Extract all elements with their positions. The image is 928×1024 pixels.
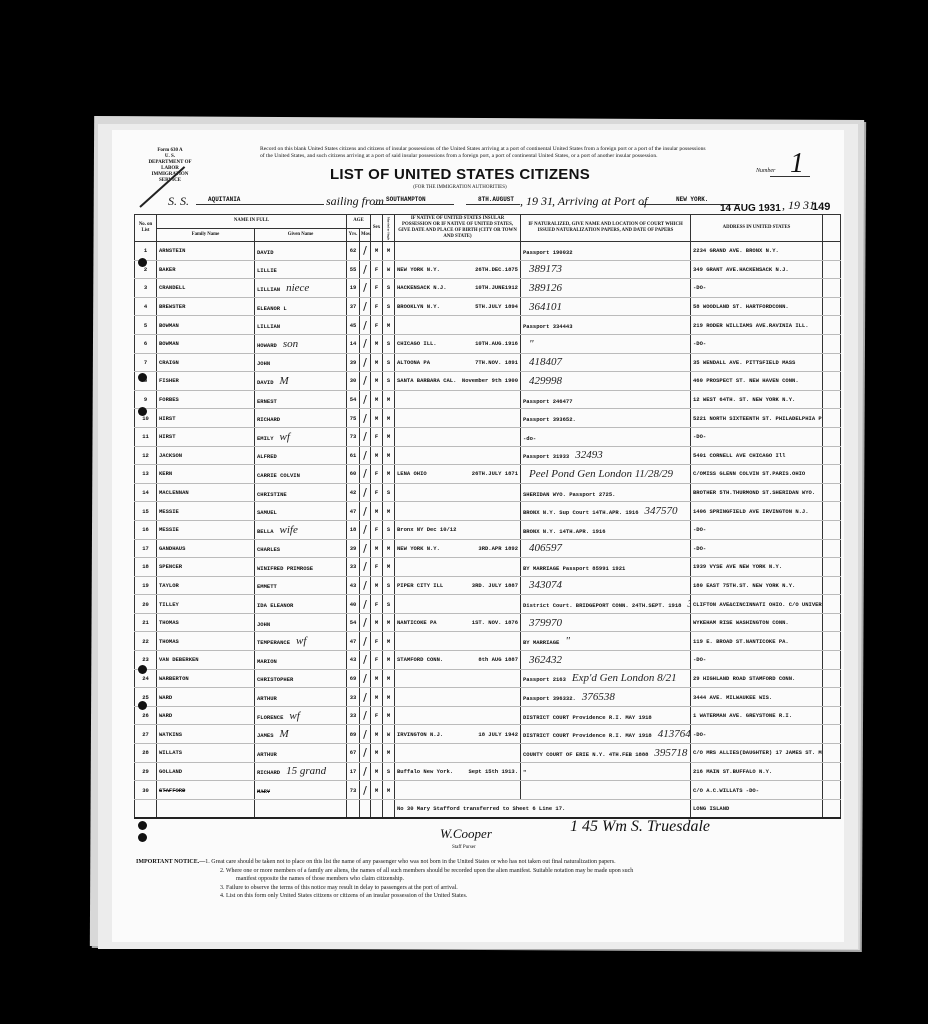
cell-blank <box>823 632 841 651</box>
cell-naturalized: Passport 2163Exp'd Gen London 8/21 <box>521 669 691 688</box>
cell-age-months: / <box>360 669 371 688</box>
cell-family-name: MESSIE <box>157 520 255 539</box>
cell-family-name: BOWMAN <box>157 334 255 353</box>
binder-hole <box>138 701 147 710</box>
col-name-in-full: NAME IN FULL <box>157 215 347 229</box>
cell-naturalized: DISTRICT COURT Providence R.I. MAY 1918 <box>521 706 691 725</box>
cell-age-months: / <box>360 781 371 800</box>
given-name: RICHARD <box>257 769 280 776</box>
cell-marital-status: M <box>383 706 395 725</box>
cell-given-name: LILLIAN <box>255 316 347 335</box>
cell-naturalized: -do- <box>521 427 691 446</box>
cell-naturalized: DISTRICT COURT Providence R.I. MAY 19184… <box>521 725 691 744</box>
cell-blank <box>823 242 841 261</box>
check-mark-icon: / <box>363 691 367 704</box>
cell-birth: LENA OHIO26TH.JULY 1871 <box>395 465 521 484</box>
cell-family-name: BREWSTER <box>157 297 255 316</box>
cell-birth <box>395 502 521 521</box>
cell-birth <box>395 595 521 614</box>
birth-place: CHICAGO ILL. <box>397 340 437 347</box>
cell-family-name: WILLATS <box>157 744 255 763</box>
handwritten-certificate-no: 362432 <box>529 654 562 666</box>
cell-age-months: / <box>360 762 371 781</box>
check-mark-icon: / <box>363 765 367 778</box>
birth-date: 7TH.NOV. 1891 <box>475 359 518 366</box>
cell-line-no: 16 <box>135 520 157 539</box>
given-name: BELLA <box>257 528 274 535</box>
cell-sex: M <box>371 353 383 372</box>
check-mark-icon: / <box>363 412 367 425</box>
handwritten-certificate-no: Exp'd Gen London 8/21 <box>572 672 677 684</box>
cell-naturalized: Passport 334443 <box>521 316 691 335</box>
cell-blank <box>823 539 841 558</box>
cell-naturalized <box>521 781 691 800</box>
cell-line-no: 3 <box>135 279 157 298</box>
cell-age-years: 47 <box>347 502 360 521</box>
notice-item-1: 1. Great care should be taken not to pla… <box>205 859 615 865</box>
cell-blank <box>823 706 841 725</box>
given-name: CHRISTOPHER <box>257 676 293 683</box>
cell-marital-status: M <box>383 316 395 335</box>
passenger-table: No. on List NAME IN FULL AGE Sex Married… <box>134 214 841 819</box>
cell-line-no: 17 <box>135 539 157 558</box>
cell-age-months: / <box>360 297 371 316</box>
cell-family-name: SPENCER <box>157 558 255 577</box>
cell-line-no: 11 <box>135 427 157 446</box>
cell-marital-status: M <box>383 427 395 446</box>
cell-marital-status: S <box>383 520 395 539</box>
given-name: JOHN <box>257 621 270 628</box>
cell-age-months: / <box>360 334 371 353</box>
handwritten-note: wf <box>289 710 299 722</box>
binder-hole <box>138 258 147 267</box>
cell-birth <box>395 558 521 577</box>
table-row: 24WARBERTONCHRISTOPHER69/MMPassport 2163… <box>135 669 841 688</box>
cell-marital-status: M <box>383 446 395 465</box>
cell-blank <box>823 725 841 744</box>
cell-sex: F <box>371 651 383 670</box>
cell-given-name: EMILYwf <box>255 427 347 446</box>
cell-age-months: / <box>360 613 371 632</box>
check-mark-icon: / <box>363 430 367 443</box>
cell-sex: M <box>371 502 383 521</box>
naturalization-info: DISTRICT COURT Providence R.I. MAY 1918 <box>523 732 652 739</box>
check-mark-icon: / <box>363 281 367 294</box>
check-mark-icon: / <box>363 784 367 797</box>
col-given-name: Given Name <box>255 228 347 242</box>
cell-blank <box>823 502 841 521</box>
year-label: , 19 31 <box>520 194 553 209</box>
cell-sex: M <box>371 242 383 261</box>
cell-marital-status: S <box>383 595 395 614</box>
cell-given-name: DAVIDM <box>255 372 347 391</box>
handwritten-certificate-no: 389126 <box>529 282 562 294</box>
handwritten-certificate-no: " <box>529 338 534 350</box>
cell-line-no: 7 <box>135 353 157 372</box>
cell-blank <box>823 372 841 391</box>
given-name: ELEANOR L <box>257 305 287 312</box>
cell-given-name: CHRISTINE <box>255 483 347 502</box>
col-blank <box>823 215 841 242</box>
col-age: AGE <box>347 215 371 229</box>
cell-given-name: BELLAwife <box>255 520 347 539</box>
birth-date: 3RD.APR 1892 <box>478 545 518 552</box>
check-mark-icon: / <box>363 393 367 406</box>
sailing-from-port: SOUTHAMPTON <box>386 196 426 203</box>
handwritten-certificate-no: 389173 <box>529 263 562 275</box>
number-label: Number <box>756 168 775 174</box>
naturalization-info: District Court. BRIDGEPORT CONN. 24TH.SE… <box>523 602 681 609</box>
cell-naturalized: BY MARRIAGE" <box>521 632 691 651</box>
arriving-label: , Arriving at Port of <box>552 194 647 209</box>
check-mark-icon: / <box>363 449 367 462</box>
naturalization-info: Passport 2163 <box>523 676 566 683</box>
cell-family-name: WARBERTON <box>157 669 255 688</box>
table-row: 7CRAIGNJOHN39/MSALTOONA PA7TH.NOV. 18914… <box>135 353 841 372</box>
table-row: 4BREWSTERELEANOR L37/FSBROOKLYN N.Y.5TH.… <box>135 297 841 316</box>
sailing-from-label: sailing from <box>326 194 384 209</box>
birth-date: November 9th 1900 <box>462 377 518 384</box>
cell-line-no: 29 <box>135 762 157 781</box>
given-name: CARRIE COLVIN <box>257 472 300 479</box>
naturalization-info: BRONX N.Y. 14TH.APR. 1916 <box>523 528 606 535</box>
cell-birth: Buffalo New York.Sept 15th 1913. <box>395 762 521 781</box>
handwritten-certificate-no: 343074 <box>529 579 562 591</box>
check-mark-icon: / <box>363 300 367 313</box>
cell-age-months: / <box>360 744 371 763</box>
cell-sex: F <box>371 632 383 651</box>
cell-marital-status: S <box>383 576 395 595</box>
check-mark-icon: / <box>363 542 367 555</box>
given-name: EMMETT <box>257 583 277 590</box>
cell-family-name: HIRST <box>157 427 255 446</box>
cell-birth: NANTICOKE PA1ST. NOV. 1876 <box>395 613 521 632</box>
cell-birth <box>395 669 521 688</box>
cell-given-name: RICHARD15 grand <box>255 762 347 781</box>
cell-address: 1406 SPRINGFIELD AVE IRVINGTON N.J. <box>691 502 823 521</box>
birth-place: NANTICOKE PA <box>397 619 437 626</box>
cell-given-name: RICHARD <box>255 409 347 428</box>
col-naturalized: IF NATURALIZED, GIVE NAME AND LOCATION O… <box>521 215 691 242</box>
given-name: EMILY <box>257 435 274 442</box>
cell-marital-status: M <box>383 390 395 409</box>
cell-naturalized: 429998 <box>521 372 691 391</box>
notice-item-4: 4. List on this form only United States … <box>136 892 796 901</box>
cell-age-years: 33 <box>347 558 360 577</box>
given-name: WINIFRED PRIMROSE <box>257 565 313 572</box>
cell-sex: F <box>371 279 383 298</box>
cell-age-years: 33 <box>347 706 360 725</box>
table-row: 15MESSIESAMUEL47/MMBRONX N.Y. Sup Court … <box>135 502 841 521</box>
given-name: JOHN <box>257 360 270 367</box>
naturalization-info: COUNTY COURT OF ERIE N.Y. 4TH.FEB 1888 <box>523 751 648 758</box>
table-row: 9FORBESERNEST54/MMPassport 24647712 WEST… <box>135 390 841 409</box>
cell-age-months: / <box>360 558 371 577</box>
cell-age-years: 43 <box>347 651 360 670</box>
cell-marital-status: M <box>383 613 395 632</box>
cell-blank <box>823 446 841 465</box>
cell-age-years: 55 <box>347 260 360 279</box>
cell-family-name: ARNSTEIN <box>157 242 255 261</box>
cell-age-months: / <box>360 242 371 261</box>
date-underline <box>466 204 520 205</box>
cell-address: 58 WOODLAND ST. HARTFORDCONN. <box>691 297 823 316</box>
col-married: Married or Single <box>383 215 395 242</box>
cell-age-years: 73 <box>347 781 360 800</box>
check-mark-icon: / <box>363 728 367 741</box>
cell-age-months: / <box>360 706 371 725</box>
col-line-no: No. on List <box>135 215 157 242</box>
cell-line-no: 21 <box>135 613 157 632</box>
cell-sex: F <box>371 706 383 725</box>
cell-address: -DO- <box>691 539 823 558</box>
handwritten-certificate-no: 347570 <box>645 505 678 517</box>
cell-marital-status: M <box>383 744 395 763</box>
cell-family-name: TAYLOR <box>157 576 255 595</box>
birth-date: 26TH.DEC.1875 <box>475 266 518 273</box>
cell-age-years: 30 <box>347 372 360 391</box>
cell-marital-status: W <box>383 725 395 744</box>
cell-sex: M <box>371 372 383 391</box>
cell-family-name: VAN DEBERKEN <box>157 651 255 670</box>
cell-marital-status: W <box>383 260 395 279</box>
cell-naturalized: Passport 393652. <box>521 409 691 428</box>
cell-naturalized: Passport 3193332493 <box>521 446 691 465</box>
cell-line-no: 30 <box>135 781 157 800</box>
extra-address: LONG ISLAND <box>691 799 823 818</box>
check-mark-icon: / <box>363 635 367 648</box>
cell-naturalized: 343074 <box>521 576 691 595</box>
cell-blank <box>823 390 841 409</box>
cell-given-name: CARRIE COLVIN <box>255 465 347 484</box>
cell-birth: NEW YORK N.Y.3RD.APR 1892 <box>395 539 521 558</box>
cell-marital-status: S <box>383 279 395 298</box>
cell-line-no: 14 <box>135 483 157 502</box>
col-address: ADDRESS IN UNITED STATES <box>691 215 823 242</box>
cell-birth <box>395 688 521 707</box>
cell-blank <box>823 483 841 502</box>
cell-address: 3444 AVE. MILWAUKEE WIS. <box>691 688 823 707</box>
cell-birth <box>395 390 521 409</box>
cell-address: 12 WEST 64TH. ST. NEW YORK N.Y. <box>691 390 823 409</box>
table-row: 12JACKSONALFRED61/MMPassport 31933324935… <box>135 446 841 465</box>
cell-address: -DO- <box>691 334 823 353</box>
cell-marital-status: M <box>383 409 395 428</box>
table-row: 14MACLENNANCHRISTINE42/FSSHERIDAN WYO. P… <box>135 483 841 502</box>
cell-naturalized: BY MARRIAGE Passport 85991 1921 <box>521 558 691 577</box>
cell-age-months: / <box>360 576 371 595</box>
check-mark-icon: / <box>363 653 367 666</box>
cell-address: CLIFTON AVE&CINCINNATI OHIO. C/O UNIVERS… <box>691 595 823 614</box>
birth-date: 1ST. NOV. 1876 <box>472 619 518 626</box>
cell-address: -DO- <box>691 520 823 539</box>
handwritten-certificate-no: 395718 <box>654 747 687 759</box>
cell-naturalized: District Court. BRIDGEPORT CONN. 24TH.SE… <box>521 595 691 614</box>
check-mark-icon: / <box>363 709 367 722</box>
cell-given-name: EMMETT <box>255 576 347 595</box>
cell-age-years: 47 <box>347 632 360 651</box>
cell-age-months: / <box>360 409 371 428</box>
staff-label: Staff Purser <box>452 845 476 850</box>
cell-address: 180 EAST 75TH.ST. NEW YORK N.Y. <box>691 576 823 595</box>
cell-naturalized: Passport 190032 <box>521 242 691 261</box>
cell-blank <box>823 465 841 484</box>
cell-family-name: BAKER <box>157 260 255 279</box>
cell-sex: M <box>371 669 383 688</box>
cell-marital-status: S <box>383 297 395 316</box>
staff-signature: W.Cooper <box>440 826 492 842</box>
cell-age-years: 33 <box>347 688 360 707</box>
cell-blank <box>823 744 841 763</box>
notice-item-3: 3. Failure to observe the terms of this … <box>136 884 796 893</box>
table-row: 27WATKINSJAMESM89/MWIRVINGTON N.J.18 JUL… <box>135 725 841 744</box>
check-mark-icon: / <box>363 505 367 518</box>
birth-place: PIPER CITY ILL <box>397 582 443 589</box>
table-row: 19TAYLOREMMETT43/MSPIPER CITY ILL3RD. JU… <box>135 576 841 595</box>
cell-given-name: ALFRED <box>255 446 347 465</box>
cell-family-name: GANDHAUS <box>157 539 255 558</box>
col-sex: Sex <box>371 215 383 242</box>
cell-family-name: CRANDELL <box>157 279 255 298</box>
cell-address: -DO- <box>691 427 823 446</box>
cell-line-no: 18 <box>135 558 157 577</box>
cell-line-no: 5 <box>135 316 157 335</box>
given-name: LILLIE <box>257 267 277 274</box>
given-name: CHRISTINE <box>257 491 287 498</box>
birth-date: 3RD. JULY 1887 <box>472 582 518 589</box>
cell-naturalized: Passport 246477 <box>521 390 691 409</box>
cell-family-name: WATKINS <box>157 725 255 744</box>
cell-age-years: 19 <box>347 279 360 298</box>
naturalization-info: DISTRICT COURT Providence R.I. MAY 1918 <box>523 714 652 721</box>
cell-age-months: / <box>360 279 371 298</box>
check-mark-icon: / <box>363 579 367 592</box>
naturalization-info: SHERIDAN WYO. Passport 2725. <box>523 491 615 498</box>
col-mos: Mos. <box>360 228 371 242</box>
cell-given-name: ERNEST <box>255 390 347 409</box>
col-family-name: Family Name <box>157 228 255 242</box>
birth-place: IRVINGTON N.J. <box>397 731 443 738</box>
cell-marital-status: S <box>383 372 395 391</box>
table-row: 11HIRSTEMILYwf73/FM-do--DO- <box>135 427 841 446</box>
check-mark-icon: / <box>363 467 367 480</box>
cell-line-no: 6 <box>135 334 157 353</box>
check-mark-icon: / <box>363 244 367 257</box>
cell-age-months: / <box>360 502 371 521</box>
cell-family-name: BOWMAN <box>157 316 255 335</box>
naturalization-info: Passport 393652. <box>523 416 576 423</box>
cell-given-name: SAMUEL <box>255 502 347 521</box>
cell-birth: HACKENSACK N.J.10TH.JUNE1912 <box>395 279 521 298</box>
check-mark-icon: / <box>363 746 367 759</box>
table-row: 21THOMASJOHN54/MMNANTICOKE PA1ST. NOV. 1… <box>135 613 841 632</box>
cell-birth <box>395 483 521 502</box>
birth-date: 8th AUG 1887 <box>478 656 518 663</box>
sailing-date: 8TH.AUGUST <box>478 196 514 203</box>
intro-text: Record on this blank United States citiz… <box>260 146 710 160</box>
check-mark-icon: / <box>363 486 367 499</box>
cell-blank <box>823 316 841 335</box>
cell-blank <box>823 613 841 632</box>
check-mark-icon: / <box>363 263 367 276</box>
cell-given-name: WINIFRED PRIMROSE <box>255 558 347 577</box>
cell-family-name: KERN <box>157 465 255 484</box>
handwritten-note: wf <box>280 431 290 443</box>
handwritten-note: 15 grand <box>286 765 326 777</box>
cell-given-name: HOWARDson <box>255 334 347 353</box>
given-name: LILLIAN <box>257 286 280 293</box>
cell-age-years: 39 <box>347 539 360 558</box>
cell-age-months: / <box>360 688 371 707</box>
cell-address: 119 E. BROAD ST.NANTICOKE PA. <box>691 632 823 651</box>
cell-address: -DO- <box>691 725 823 744</box>
naturalization-info: BRONX N.Y. Sup Court 14TH.APR. 1916 <box>523 509 639 516</box>
cell-line-no: 9 <box>135 390 157 409</box>
cell-age-months: / <box>360 427 371 446</box>
naturalization-info: -do- <box>523 435 536 442</box>
naturalization-info: BY MARRIAGE Passport 85991 1921 <box>523 565 625 572</box>
cell-marital-status: M <box>383 465 395 484</box>
cell-age-months: / <box>360 595 371 614</box>
table-row: 30STAFFORDMARY73/MMC/O A.C.WILLATS -DO- <box>135 781 841 800</box>
naturalization-info: Passport 190032 <box>523 249 573 256</box>
table-row: 8FISHERDAVIDM30/MSSANTA BARBARA CAL.Nove… <box>135 372 841 391</box>
cell-marital-status: M <box>383 502 395 521</box>
table-row: 28WILLATSARTHUR67/MMCOUNTY COURT OF ERIE… <box>135 744 841 763</box>
cell-address: 216 MAIN ST.BUFFALO N.Y. <box>691 762 823 781</box>
naturalization-info: " <box>523 769 526 776</box>
cell-given-name: LILLIANniece <box>255 279 347 298</box>
cell-age-years: 67 <box>347 744 360 763</box>
given-name: ERNEST <box>257 398 277 405</box>
cell-given-name: JAMESM <box>255 725 347 744</box>
cell-marital-status: S <box>383 334 395 353</box>
cell-birth <box>395 242 521 261</box>
cell-address: -DO- <box>691 279 823 298</box>
birth-date: 5TH.JULY 1894 <box>475 303 518 310</box>
cell-age-years: 14 <box>347 334 360 353</box>
check-mark-icon: / <box>363 672 367 685</box>
cell-address: 29 HIGHLAND ROAD STAMFORD CONN. <box>691 669 823 688</box>
cell-sex: F <box>371 595 383 614</box>
cell-line-no: 12 <box>135 446 157 465</box>
table-row: 20TILLEYIDA ELEANOR40/FSDistrict Court. … <box>135 595 841 614</box>
handwritten-note: wf <box>296 635 306 647</box>
cell-naturalized: BRONX N.Y. Sup Court 14TH.APR. 191634757… <box>521 502 691 521</box>
cell-line-no: 19 <box>135 576 157 595</box>
cell-age-years: 37 <box>347 297 360 316</box>
cell-age-years: 61 <box>347 446 360 465</box>
table-row: 29GOLLANDRICHARD15 grand17/MSBuffalo New… <box>135 762 841 781</box>
handwritten-certificate-no: 413764 <box>658 728 691 740</box>
cell-birth: SANTA BARBARA CAL.November 9th 1900 <box>395 372 521 391</box>
cell-birth <box>395 316 521 335</box>
cell-age-years: 62 <box>347 242 360 261</box>
cell-naturalized: Passport 396332.376538 <box>521 688 691 707</box>
naturalization-info: Passport 246477 <box>523 398 573 405</box>
cell-blank <box>823 651 841 670</box>
arriving-port: NEW YORK. <box>676 196 708 203</box>
cell-age-years: 43 <box>347 576 360 595</box>
cell-birth: Bronx NY Dec 10/12 <box>395 520 521 539</box>
cell-birth <box>395 409 521 428</box>
cell-line-no: 28 <box>135 744 157 763</box>
table-row: 25WARDARTHUR33/MMPassport 396332.3765383… <box>135 688 841 707</box>
handwritten-certificate-no: " <box>565 635 570 647</box>
handwritten-note: son <box>283 338 298 350</box>
given-name: IDA ELEANOR <box>257 602 293 609</box>
given-name: CHARLES <box>257 546 280 553</box>
